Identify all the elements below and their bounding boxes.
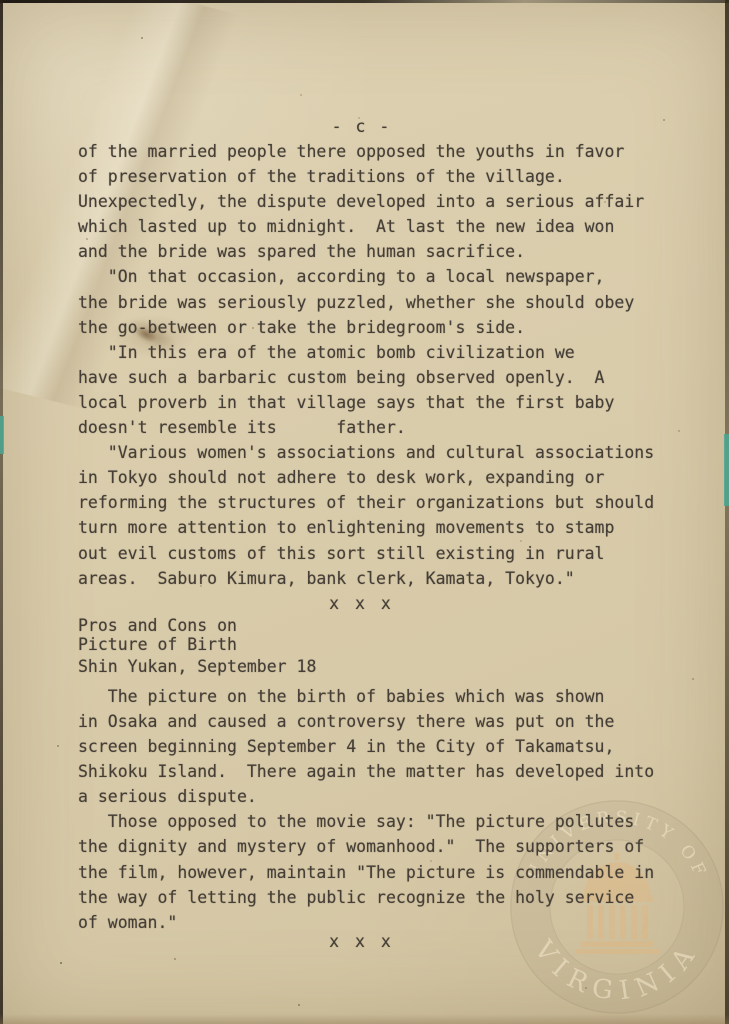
text-line: The picture on the birth of babies which…: [78, 684, 645, 709]
text-line: "Various women's associations and cultur…: [78, 440, 645, 465]
text-line: the go-between or take the bridegroom's …: [78, 315, 645, 340]
text-line: the film, however, maintain "The picture…: [78, 860, 645, 885]
text-line: of preservation of the traditions of the…: [78, 164, 645, 189]
text-line: reforming the structures of their organi…: [78, 490, 645, 515]
text-line: of the married people there opposed the …: [78, 139, 645, 164]
page-number: - c -: [78, 114, 645, 139]
text-line: Those opposed to the movie say: "The pic…: [78, 809, 645, 834]
text-line: the dignity and mystery of womanhood." T…: [78, 834, 645, 859]
scan-artifact-teal-right: [724, 434, 729, 506]
scanned-document-page: UNIVERSITY OF VIRGINIA - c: [0, 0, 729, 1024]
text-line: Pros and Cons on: [78, 616, 645, 635]
text-line: turn more attention to enlightening move…: [78, 515, 645, 540]
text-line: "On that occasion, according to a local …: [78, 264, 645, 289]
text-line: Picture of Birth: [78, 635, 645, 654]
paper-speckles: [0, 0, 2, 2]
text-line: the bride was seriously puzzled, whether…: [78, 290, 645, 315]
text-line: areas. Saburo Kimura, bank clerk, Kamata…: [78, 566, 645, 591]
text-line: in Tokyo should not adhere to desk work,…: [78, 465, 645, 490]
text-line: Unexpectedly, the dispute developed into…: [78, 189, 645, 214]
scan-edge-left: [0, 0, 3, 1024]
text-line: screen beginning September 4 in the City…: [78, 734, 645, 759]
scan-artifact-teal-left: [0, 416, 4, 454]
text-line: x x x: [78, 591, 645, 616]
text-line: and the bride was spared the human sacri…: [78, 239, 645, 264]
text-line: Shin Yukan, September 18: [78, 654, 645, 679]
text-line: Shikoku Island. There again the matter h…: [78, 759, 645, 784]
text-block: of the married people there opposed the …: [78, 139, 645, 954]
text-line: a serious dispute.: [78, 784, 645, 809]
text-line: "In this era of the atomic bomb civiliza…: [78, 340, 645, 365]
text-line: out evil customs of this sort still exis…: [78, 541, 645, 566]
text-line: doesn't resemble its father.: [78, 415, 645, 440]
typewritten-text-content: - c - of the married people there oppose…: [78, 114, 645, 954]
text-line: which lasted up to midnight. At last the…: [78, 214, 645, 239]
text-line: have such a barbaric custom being observ…: [78, 365, 645, 390]
text-line: in Osaka and caused a controversy there …: [78, 709, 645, 734]
text-line: local proverb in that village says that …: [78, 390, 645, 415]
text-line: the way of letting the public recognize …: [78, 885, 645, 910]
